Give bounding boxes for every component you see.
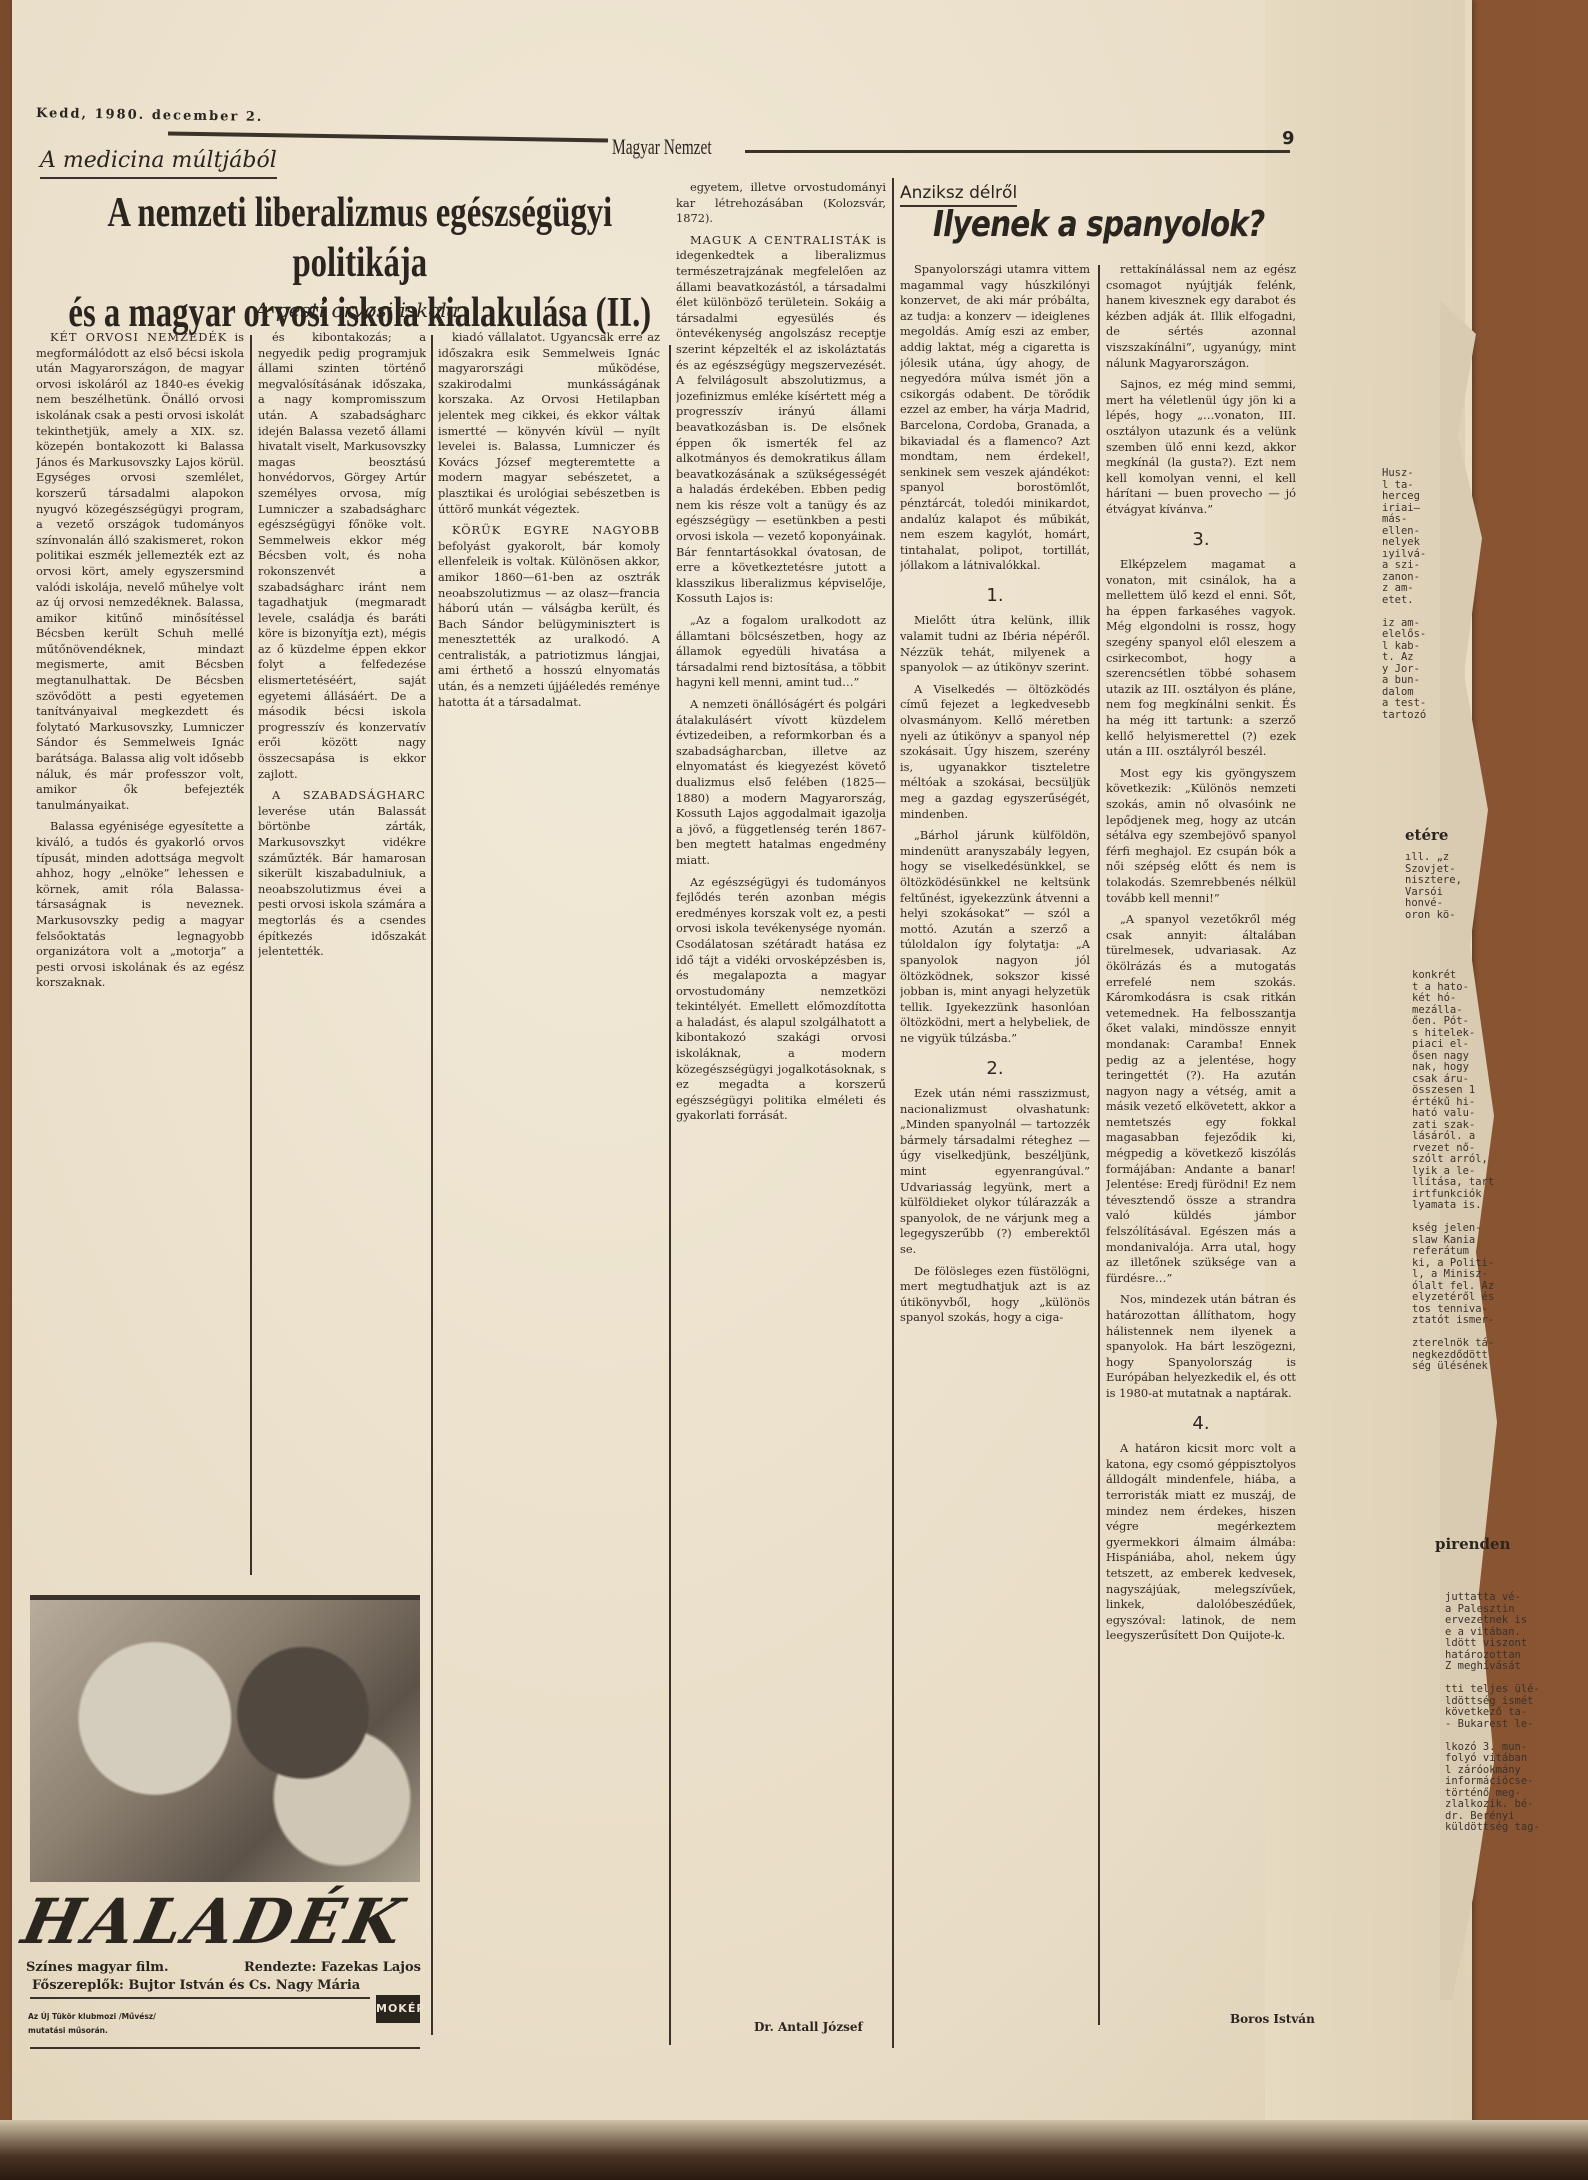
film-still-photo <box>30 1595 420 1882</box>
fragment-line: a szi- <box>1382 560 1426 572</box>
film-advertisement: HALADÉK Színes magyar film. Rendezte: Fa… <box>24 1585 419 2060</box>
fragment-line: t. Az <box>1382 652 1426 664</box>
fragment-line <box>1445 1730 1540 1742</box>
table-surface-shadow <box>0 2120 1588 2180</box>
paragraph-text: Spanyolországi utamra vittem magammal va… <box>900 262 1090 572</box>
paragraph-text: „A spanyol vezetőkről még csak annyit: á… <box>1106 912 1296 1285</box>
fragment-line: l, a Minisz- <box>1412 1269 1494 1281</box>
film-director: Rendezte: Fazekas Lajos <box>244 1960 421 1975</box>
left-article-column-4: egyetem, illetve orvostudományi kar létr… <box>676 180 886 2000</box>
fragment-line: herceg <box>1382 491 1426 503</box>
fragment-line: honvé- <box>1405 898 1462 910</box>
paragraph-text: kiadó vállalatot. Ugyancsak erre az idős… <box>438 330 660 516</box>
header-rule-right <box>745 150 1290 153</box>
paragraph: kiadó vállalatot. Ugyancsak erre az idős… <box>438 330 660 517</box>
fragment-line: oron kö- <box>1405 910 1462 922</box>
screening-note-line-2: mutatási műsorán. <box>28 2024 156 2038</box>
fragment-line: Husz- <box>1382 468 1426 480</box>
paragraph: MAGUK A CENTRALISTÁK is idegenkedtek a l… <box>676 233 886 607</box>
paragraph-text: Mielőtt útra kelünk, illik valamit tudni… <box>900 613 1090 674</box>
paragraph-text: befolyást gyakorolt, bár komoly ellenfel… <box>438 539 660 709</box>
fragment-line: etet. <box>1382 595 1426 607</box>
fragment-line: llítása, tart <box>1412 1177 1494 1189</box>
section-number: 3. <box>1106 532 1296 548</box>
paragraph: Az egészségügyi és tudományos fejlődés t… <box>676 875 886 1125</box>
fragment-line: a bun- <box>1382 675 1426 687</box>
paragraph: „Bárhol járunk külföldön, mindenütt aran… <box>900 828 1090 1046</box>
fragment-line: Z meghívását <box>1445 1661 1540 1673</box>
paragraph-text: Az egészségügyi és tudományos fejlődés t… <box>676 875 886 1123</box>
paragraph-text: leverése után Balassát börtönbe zárták, … <box>258 804 426 958</box>
paragraph: „Az a fogalom uralkodott az államtani bö… <box>676 613 886 691</box>
film-screening-note: Az Új Tükör klubmozi /Művész/ mutatási m… <box>28 2010 156 2038</box>
fragment-line <box>1382 606 1426 618</box>
paragraph: Most egy kis gyöngyszem következik: „Kül… <box>1106 766 1296 906</box>
right-article-byline: Boros István <box>1230 2012 1315 2026</box>
fragment-line: konkrét <box>1412 970 1494 982</box>
fragment-line: tti teljes ülé- <box>1445 1684 1540 1696</box>
section-number: 1. <box>900 588 1090 604</box>
paragraph-text: is idegenkedtek a liberalizmus természet… <box>676 233 886 606</box>
fragment-line: elelős- <box>1382 629 1426 641</box>
fragment-line: lyamata is. <box>1412 1200 1494 1212</box>
paragraph: és kibontakozás; a negyedik pedig progra… <box>258 330 426 782</box>
fragment-line: referátum <box>1412 1246 1494 1258</box>
fragment-line: két hó- <box>1412 993 1494 1005</box>
fragment-line: ség ülésének <box>1412 1361 1494 1373</box>
paragraph-lead-in: KÖRÜK EGYRE NAGYOBB <box>452 523 660 537</box>
right-article-column-1: Spanyolországi utamra vittem magammal va… <box>900 262 1090 2032</box>
adjacent-article-fragment: Husz-l ta-hercegiriai—más-ellen-nelyekıy… <box>1382 468 1426 721</box>
fragment-line: szólt arról, <box>1412 1154 1494 1166</box>
fragment-line: piaci el- <box>1412 1039 1494 1051</box>
fragment-line: a test- <box>1382 698 1426 710</box>
fragment-line: ervezetnek is <box>1445 1615 1540 1627</box>
paragraph: Nos, mindezek után bátran és határozotta… <box>1106 1292 1296 1401</box>
fragment-line: zterelnök tá- <box>1412 1338 1494 1350</box>
paragraph-lead-in: A SZABADSÁGHARC <box>272 788 426 802</box>
paragraph: Mielőtt útra kelünk, illik valamit tudni… <box>900 613 1090 675</box>
fragment-line: összesen 1 <box>1412 1085 1494 1097</box>
left-article-column-3: kiadó vállalatot. Ugyancsak erre az idős… <box>438 330 660 2060</box>
paragraph: Ezek után némi rasszizmust, nacionalizmu… <box>900 1086 1090 1258</box>
film-genre: Színes magyar film. <box>26 1960 169 1975</box>
fragment-line: ıll. „z <box>1405 852 1462 864</box>
film-credits-line-1: Színes magyar film. Rendezte: Fazekas La… <box>26 1960 421 1975</box>
paragraph: A határon kicsit morc volt a katona, egy… <box>1106 1441 1296 1644</box>
distributor-logo-icon: MOKÉP <box>376 1995 420 2023</box>
fragment-line: tartozó <box>1382 710 1426 722</box>
paragraph-lead-in: MAGUK A CENTRALISTÁK <box>690 233 871 247</box>
fragment-line: lásáról. a <box>1412 1131 1494 1143</box>
paragraph: Sajnos, ez még mind semmi, mert ha vélet… <box>1106 377 1296 517</box>
ad-rule <box>30 1997 370 1999</box>
paragraph-text: „Bárhol járunk külföldön, mindenütt aran… <box>900 828 1090 1045</box>
paragraph-text: De fölösleges ezen füstölögni, mert megt… <box>900 1264 1090 1325</box>
paragraph: De fölösleges ezen füstölögni, mert megt… <box>900 1264 1090 1326</box>
film-title: HALADÉK <box>16 1885 413 1958</box>
paragraph-text: Most egy kis gyöngyszem következik: „Kül… <box>1106 766 1296 905</box>
paragraph-text: és kibontakozás; a negyedik pedig progra… <box>258 330 426 781</box>
paragraph: „A spanyol vezetőkről még csak annyit: á… <box>1106 912 1296 1286</box>
paragraph-text: A Viselkedés — öltözködés című fejezet a… <box>900 682 1090 821</box>
masthead: Magyar Nemzet <box>612 134 712 160</box>
section-number: 2. <box>900 1061 1090 1077</box>
fragment-line: információcse- <box>1445 1776 1540 1788</box>
paragraph-text: Elképzelem magamat a vonaton, mit csinál… <box>1106 557 1296 758</box>
column-rule <box>250 335 252 1575</box>
right-article-headline: Ilyenek a spanyolok? <box>933 204 1264 245</box>
paragraph-text: Nos, mindezek után bátran és határozotta… <box>1106 1292 1296 1400</box>
paragraph-text: Ezek után némi rasszizmust, nacionalizmu… <box>900 1086 1090 1256</box>
headline-line-1: A nemzeti liberalizmus egészségügyi poli… <box>40 188 680 288</box>
fragment-line: következő ta- <box>1445 1707 1540 1719</box>
paragraph-text: Sajnos, ez még mind semmi, mert ha vélet… <box>1106 377 1296 516</box>
column-rule <box>1098 265 1100 2025</box>
paragraph: Spanyolországi utamra vittem magammal va… <box>900 262 1090 574</box>
left-article-subhead: A pesti orvosi iskola <box>255 298 459 322</box>
paragraph: KÖRÜK EGYRE NAGYOBB befolyást gyakorolt,… <box>438 523 660 710</box>
paragraph-text: is megformálódott az első bécsi iskola u… <box>36 330 244 812</box>
paragraph: Elképzelem magamat a vonaton, mit csinál… <box>1106 557 1296 760</box>
adjacent-article-fragment: ıll. „zSzovjet-niszterе,Varsóihonvé-oron… <box>1405 852 1462 921</box>
paragraph-text: Balassa egyénisége egyesítette a kiváló,… <box>36 819 244 989</box>
fragment-line: nak, hogy <box>1412 1062 1494 1074</box>
film-cast: Főszereplők: Bujtor István és Cs. Nagy M… <box>32 1978 360 1993</box>
column-rule <box>892 178 894 2048</box>
right-article-column-2: rettakínálással nem az egész csomagot ny… <box>1106 262 1296 1992</box>
fragment-line: ldött viszont <box>1445 1638 1540 1650</box>
fragment-line: kség jelen- <box>1412 1223 1494 1235</box>
adjacent-article-fragment: konkrétt a hato-két hó-mezálla-ően. Pót-… <box>1412 970 1494 1373</box>
fragment-line: zlalkozik. bé- <box>1445 1799 1540 1811</box>
paragraph: A nemzeti önállóságért és polgári átalak… <box>676 697 886 869</box>
paragraph: A Viselkedés — öltözködés című fejezet a… <box>900 682 1090 822</box>
paragraph: rettakínálással nem az egész csomagot ny… <box>1106 262 1296 371</box>
adjacent-article-heading: pirenden <box>1435 1535 1510 1553</box>
fragment-line: nelyek <box>1382 537 1426 549</box>
paragraph-text: A határon kicsit morc volt a katona, egy… <box>1106 1441 1296 1642</box>
fragment-line: ható valu- <box>1412 1108 1494 1120</box>
paragraph-text: egyetem, illetve orvostudományi kar létr… <box>676 180 886 225</box>
left-article-column-1: KÉT ORVOSI NEMZEDÉK is megformálódott az… <box>36 330 244 1570</box>
fragment-line: ően. Pót- <box>1412 1016 1494 1028</box>
ad-rule-bottom <box>30 2047 420 2049</box>
fragment-line: elyzetéről és <box>1412 1292 1494 1304</box>
column-rule <box>669 345 671 2045</box>
paragraph-text: rettakínálással nem az egész csomagot ny… <box>1106 262 1296 370</box>
paragraph: A SZABADSÁGHARC leverése után Balassát b… <box>258 788 426 960</box>
paragraph-text: „Az a fogalom uralkodott az államtani bö… <box>676 613 886 689</box>
fragment-line: z am- <box>1382 583 1426 595</box>
paragraph-lead-in: KÉT ORVOSI NEMZEDÉK <box>50 330 227 344</box>
left-article-byline: Dr. Antall József <box>754 2020 863 2034</box>
fragment-line: küldöttség tag- <box>1445 1822 1540 1834</box>
page-number: 9 <box>1282 128 1295 149</box>
fragment-line: más- <box>1382 514 1426 526</box>
column-rule <box>431 335 433 2035</box>
paragraph-text: A nemzeti önállóságért és polgári átalak… <box>676 697 886 867</box>
fragment-line: ztatót ismer- <box>1412 1315 1494 1327</box>
fragment-line: niszterе, <box>1405 875 1462 887</box>
fragment-line: juttatta vé- <box>1445 1592 1540 1604</box>
adjacent-article-heading: etére <box>1405 826 1448 844</box>
left-article-kicker: A medicina múltjából <box>40 148 277 179</box>
adjacent-article-fragment: juttatta vé-a Palesztinervezetnek ise a … <box>1445 1592 1540 1834</box>
paragraph: Balassa egyénisége egyesítette a kiváló,… <box>36 819 244 991</box>
paragraph: egyetem, illetve orvostudományi kar létr… <box>676 180 886 227</box>
screening-note-line-1: Az Új Tükör klubmozi /Művész/ <box>28 2010 156 2024</box>
fragment-line: - Bukarest le- <box>1445 1719 1540 1731</box>
section-number: 4. <box>1106 1416 1296 1432</box>
paragraph: KÉT ORVOSI NEMZEDÉK is megformálódott az… <box>36 330 244 813</box>
fragment-line: folyó vitában <box>1445 1753 1540 1765</box>
